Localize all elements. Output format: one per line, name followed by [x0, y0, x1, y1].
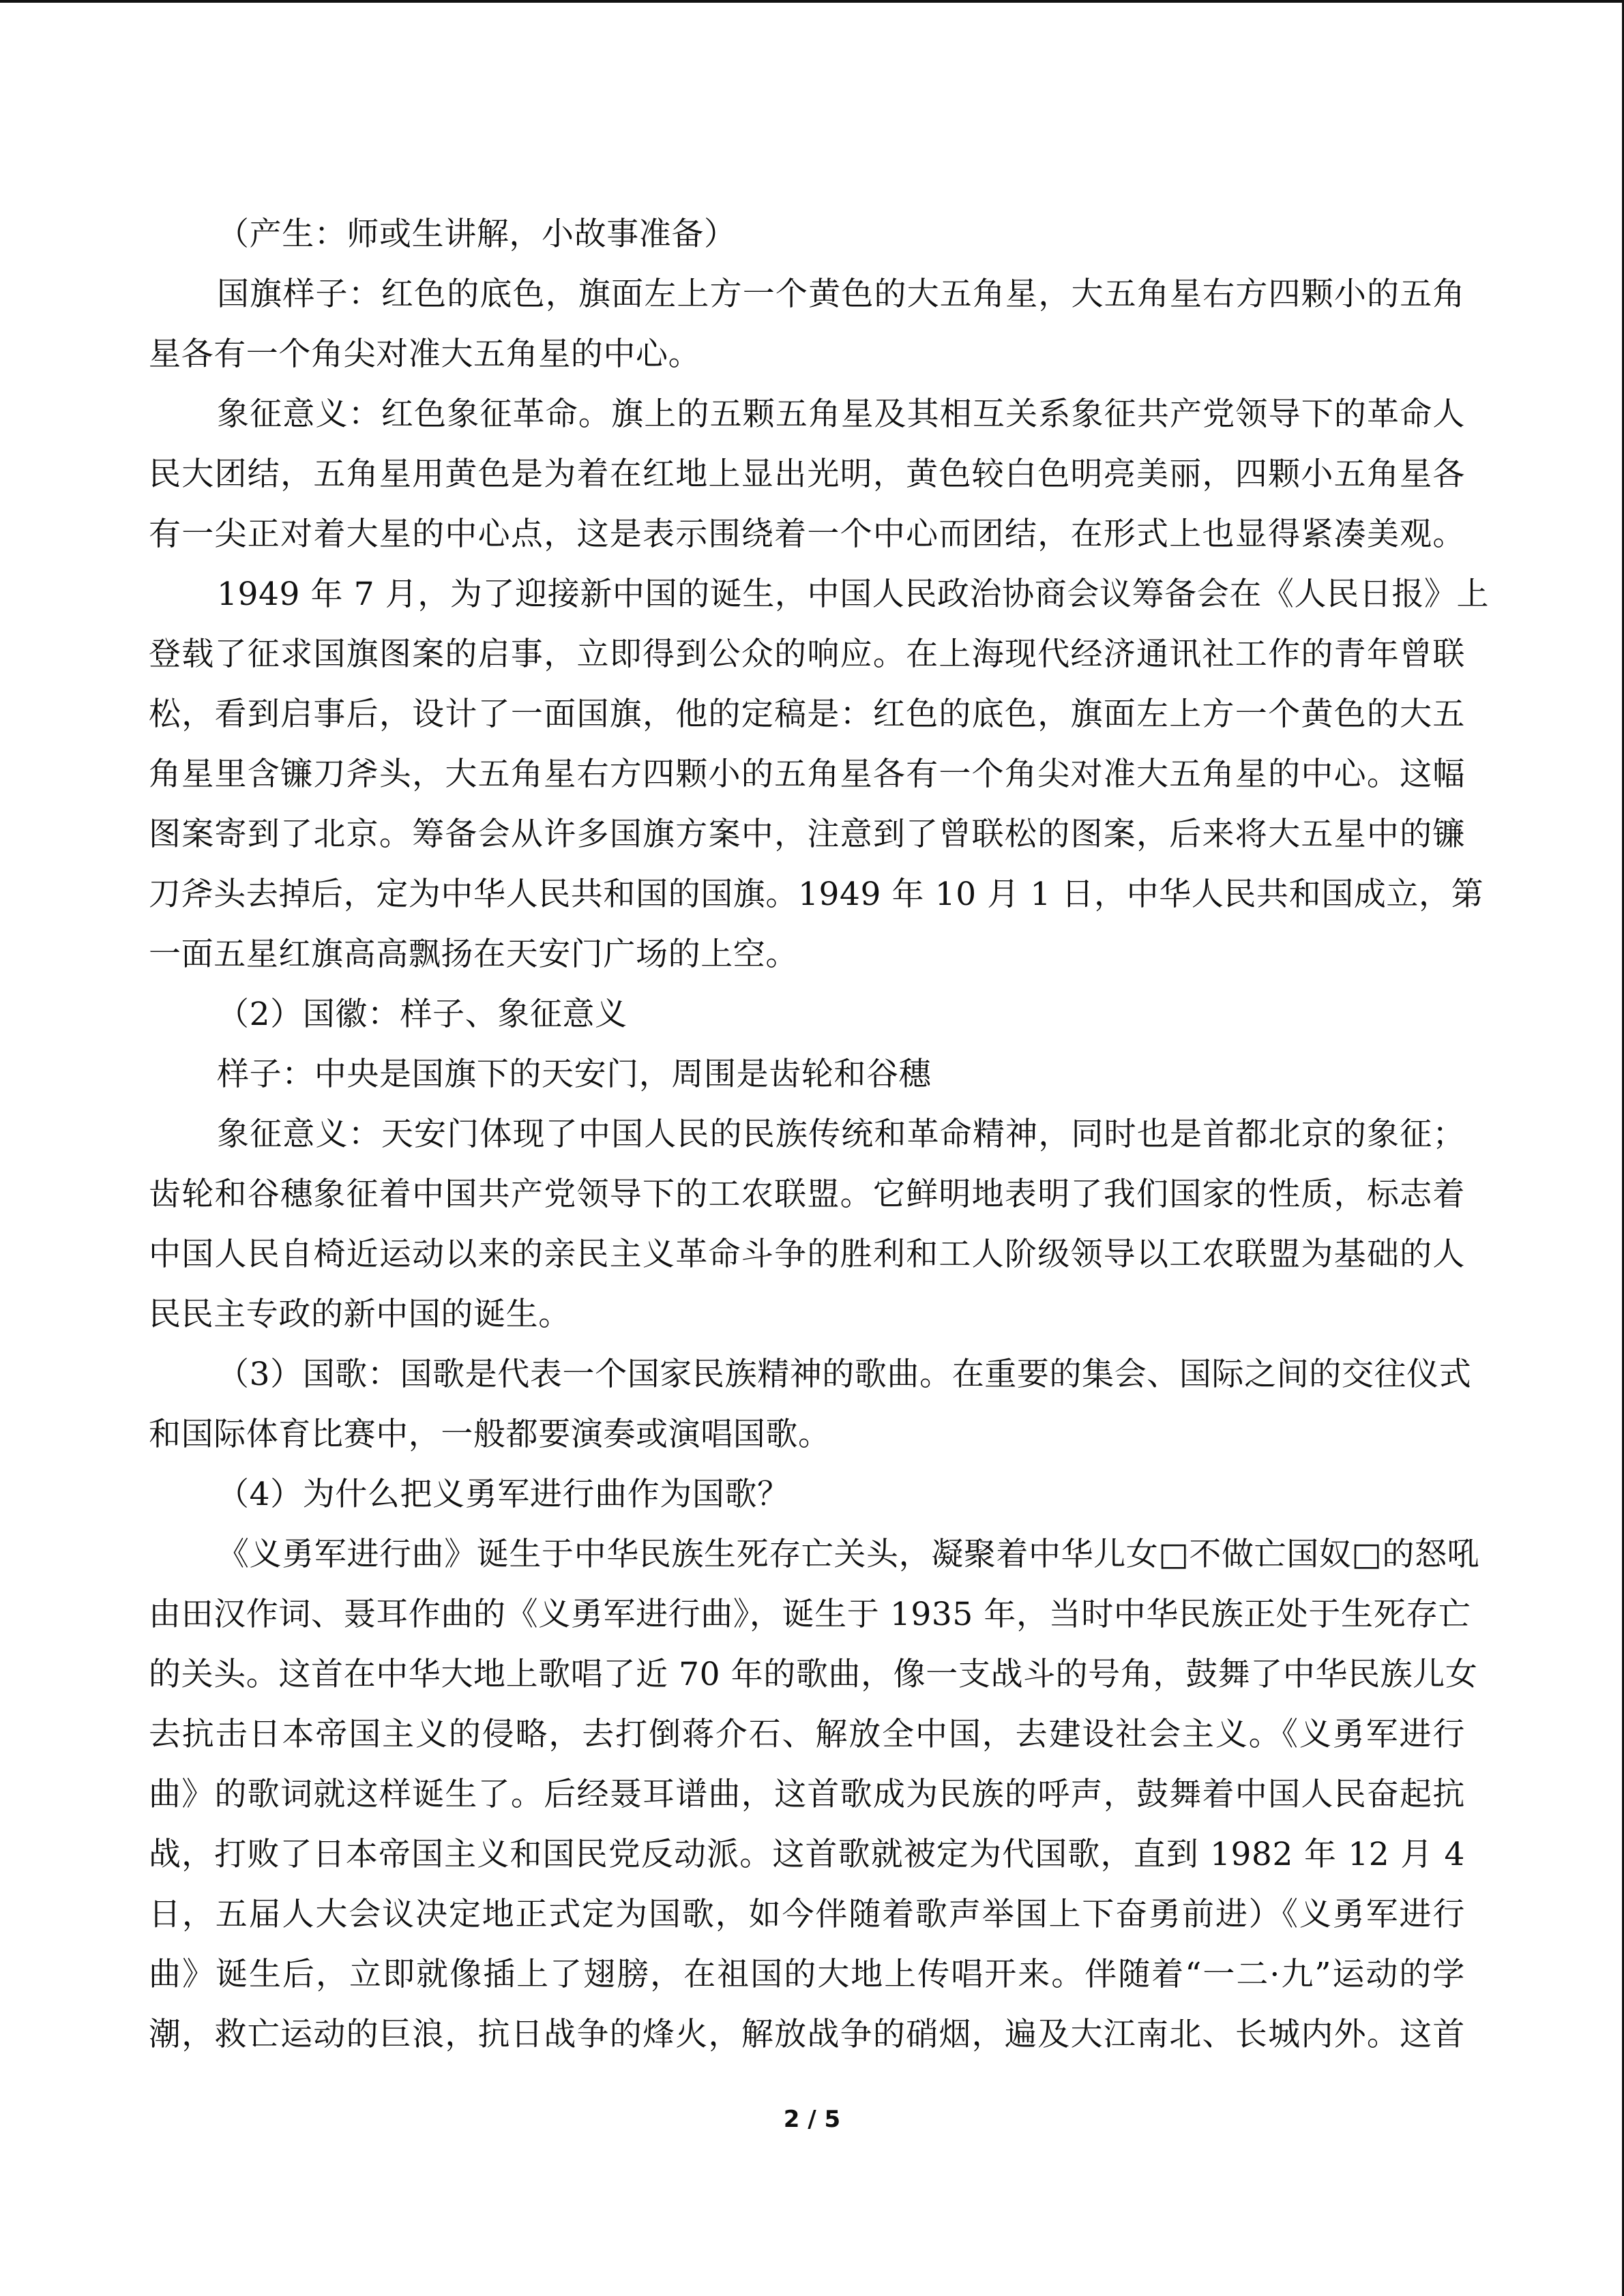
paragraph-line: 刀斧头去掉后，定为中华人民共和国的国旗。1949 年 10 月 1 日，中华人民… — [149, 865, 1465, 925]
paragraph-line: 民民主专政的新中国的诞生。 — [149, 1285, 1465, 1345]
document-body: （产生：师或生讲解，小故事准备）国旗样子：红色的底色，旗面左上方一个黄色的大五角… — [149, 205, 1465, 2065]
paragraph-line: 去抗击日本帝国主义的侵略，去打倒蒋介石、解放全中国，去建设社会主义。《义勇军进行 — [149, 1705, 1465, 1765]
paragraph-line: 日，五届人大会议决定地正式定为国歌，如今伴随着歌声举国上下奋勇前进）《义勇军进行 — [149, 1885, 1465, 1945]
paragraph-line: 的关头。这首在中华大地上歌唱了近 70 年的歌曲，像一支战斗的号角，鼓舞了中华民… — [149, 1645, 1465, 1705]
paragraph-first-line: （3）国歌：国歌是代表一个国家民族精神的歌曲。在重要的集会、国际之间的交往仪式 — [149, 1345, 1465, 1405]
paragraph-line: 由田汉作词、聂耳作曲的《义勇军进行曲》，诞生于 1935 年，当时中华民族正处于… — [149, 1585, 1465, 1645]
paragraph-first-line: 样子：中央是国旗下的天安门，周围是齿轮和谷穗 — [149, 1045, 1465, 1105]
paragraph-first-line: （2）国徽：样子、象征意义 — [149, 985, 1465, 1045]
paragraph-first-line: 象征意义：红色象征革命。旗上的五颗五角星及其相互关系象征共产党领导下的革命人 — [149, 385, 1465, 445]
paragraph-line: 角星里含镰刀斧头，大五角星右方四颗小的五角星各有一个角尖对准大五角星的中心。这幅 — [149, 745, 1465, 805]
paragraph-line: 星各有一个角尖对准大五角星的中心。 — [149, 325, 1465, 385]
paragraph-first-line: （4）为什么把义勇军进行曲作为国歌？ — [149, 1465, 1465, 1525]
paragraph-first-line: 国旗样子：红色的底色，旗面左上方一个黄色的大五角星，大五角星右方四颗小的五角 — [149, 265, 1465, 325]
paragraph-line: 潮，救亡运动的巨浪，抗日战争的烽火，解放战争的硝烟，遍及大江南北、长城内外。这首 — [149, 2005, 1465, 2065]
page-number: 2 / 5 — [0, 2106, 1624, 2133]
paragraph-first-line: （产生：师或生讲解，小故事准备） — [149, 205, 1465, 265]
paragraph-line: 和国际体育比赛中，一般都要演奏或演唱国歌。 — [149, 1405, 1465, 1465]
paragraph-line: 齿轮和谷穗象征着中国共产党领导下的工农联盟。它鲜明地表明了我们国家的性质，标志着 — [149, 1165, 1465, 1225]
paragraph-first-line: 1949 年 7 月，为了迎接新中国的诞生，中国人民政治协商会议筹备会在《人民日… — [149, 565, 1465, 625]
paragraph-line: 战，打败了日本帝国主义和国民党反动派。这首歌就被定为代国歌，直到 1982 年 … — [149, 1825, 1465, 1885]
paragraph-line: 松，看到启事后，设计了一面国旗，他的定稿是：红色的底色，旗面左上方一个黄色的大五 — [149, 685, 1465, 745]
paragraph-line: 曲》诞生后，立即就像插上了翅膀，在祖国的大地上传唱开来。伴随着“一二·九”运动的… — [149, 1945, 1465, 2005]
paragraph-line: 有一尖正对着大星的中心点，这是表示围绕着一个中心而团结，在形式上也显得紧凑美观。 — [149, 505, 1465, 565]
paragraph-first-line: 象征意义：天安门体现了中国人民的民族传统和革命精神，同时也是首都北京的象征； — [149, 1105, 1465, 1165]
paragraph-line: 图案寄到了北京。筹备会从许多国旗方案中，注意到了曾联松的图案，后来将大五星中的镰 — [149, 805, 1465, 865]
paragraph-line: 登载了征求国旗图案的启事，立即得到公众的响应。在上海现代经济通讯社工作的青年曾联 — [149, 625, 1465, 685]
paragraph-line: 中国人民自椅近运动以来的亲民主义革命斗争的胜利和工人阶级领导以工农联盟为基础的人 — [149, 1225, 1465, 1285]
paragraph-line: 一面五星红旗高高飘扬在天安门广场的上空。 — [149, 925, 1465, 985]
paragraph-line: 曲》的歌词就这样诞生了。后经聂耳谱曲，这首歌成为民族的呼声，鼓舞着中国人民奋起抗 — [149, 1765, 1465, 1825]
paragraph-first-line: 《义勇军进行曲》诞生于中华民族生死存亡关头，凝聚着中华儿女□不做亡国奴□的怒吼 — [149, 1525, 1465, 1585]
paragraph-line: 民大团结，五角星用黄色是为着在红地上显出光明，黄色较白色明亮美丽，四颗小五角星各 — [149, 445, 1465, 505]
document-page: （产生：师或生讲解，小故事准备）国旗样子：红色的底色，旗面左上方一个黄色的大五角… — [0, 0, 1624, 2296]
